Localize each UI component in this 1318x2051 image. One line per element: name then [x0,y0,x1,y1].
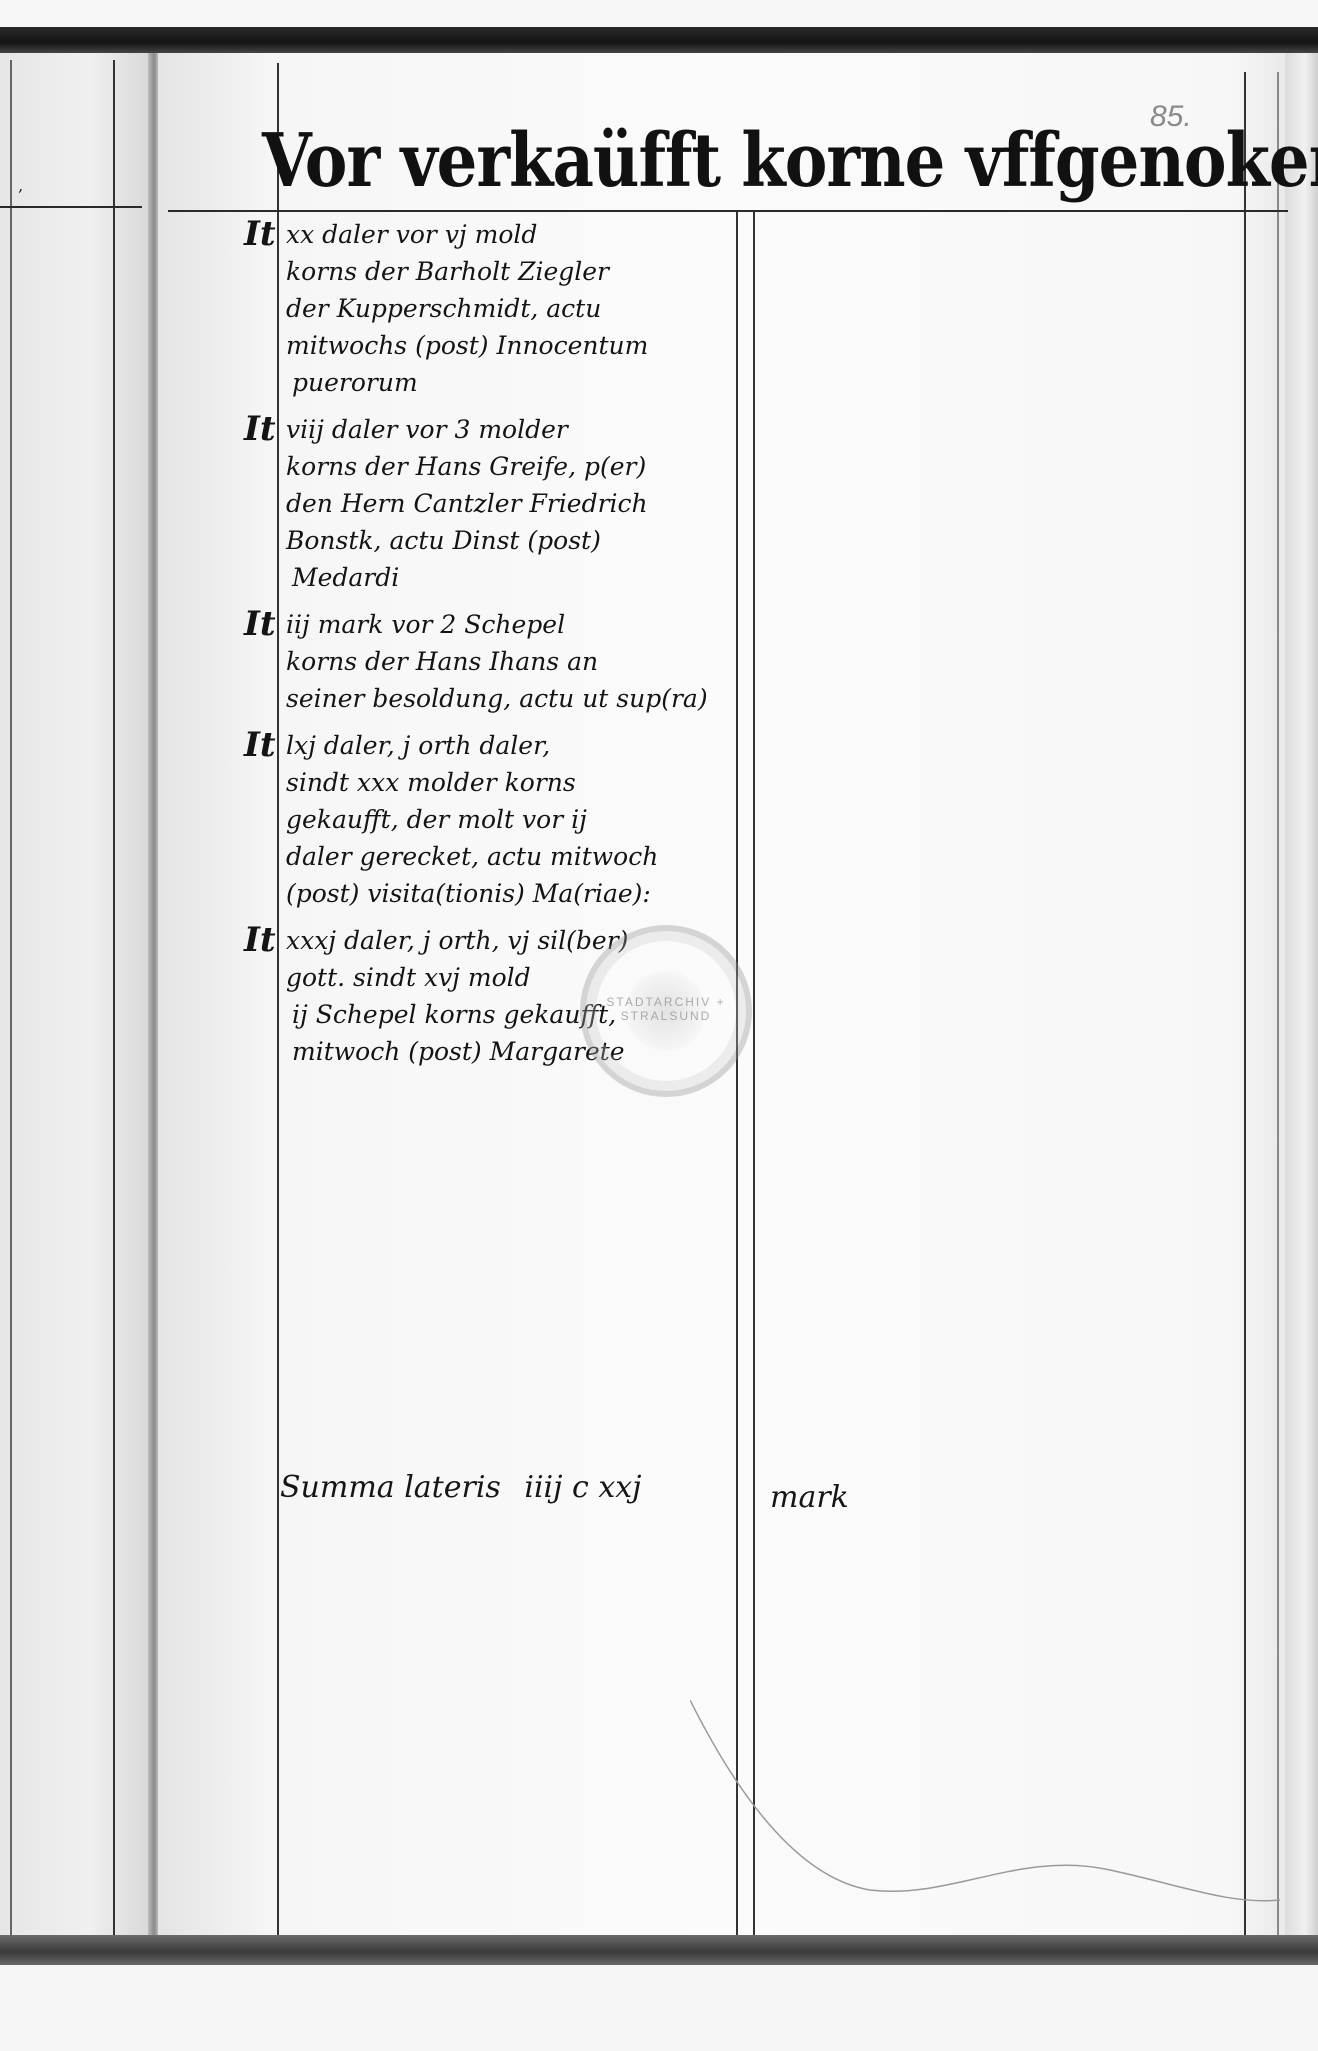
scan-top-margin [0,0,1318,30]
entry-lead: It [244,606,276,643]
entry-line: sindt xxx molder korns [258,764,738,801]
entry-line: iij mark vor 2 Schepel [258,606,738,643]
summary-unit: mark [770,1480,849,1515]
header-rule [168,210,1288,212]
scan-bottom-margin [0,1965,1318,2051]
entry-line: (post) visita(tionis) Ma(riae): [258,875,738,912]
entry-line: viij daler vor 3 molder [258,411,738,448]
entry-lead: It [244,922,276,959]
ledger-entry: It lxj daler, j orth daler, sindt xxx mo… [258,727,738,912]
left-page-mark: ‚ [18,176,23,195]
summary-label: Summa lateris [280,1470,501,1505]
entry-lead: It [244,411,276,448]
entry-line: korns der Hans Greife, p(er) [258,448,738,485]
entry-lead: It [244,216,276,253]
entry-line: korns der Hans Ihans an [258,643,738,680]
entry-line: xx daler vor vj mold [258,216,738,253]
pencil-stroke [690,1700,1290,1940]
summary-amount: iiij c xxj [524,1470,641,1505]
left-page-rule [113,60,115,1935]
entry-line: mitwochs (post) Innocentum [258,327,738,364]
entry-line: den Hern Cantzler Friedrich [258,485,738,522]
entry-line: korns der Barholt Ziegler [258,253,738,290]
entry-lead: It [244,727,276,764]
ledger-entry: It viij daler vor 3 molder korns der Han… [258,411,738,596]
outer-edge-rule [1277,72,1279,1935]
book-bottom-edge [0,1935,1318,1969]
seal-text: STADTARCHIV + STRALSUND [586,995,746,1023]
folio-number: 85. [1150,100,1192,134]
entry-line: seiner besoldung, actu ut sup(ra) [258,680,738,717]
left-page-edge-rule [10,60,12,1935]
left-page-header-rule [0,206,142,208]
entry-line: Medardi [258,559,738,596]
entry-line: der Kupperschmidt, actu [258,290,738,327]
entry-line: Bonstk, actu Dinst (post) [258,522,738,559]
ledger-entry: It iij mark vor 2 Schepel korns der Hans… [258,606,738,717]
right-margin-rule [1244,72,1246,1935]
book-top-edge [0,27,1318,53]
entry-line: puerorum [258,364,738,401]
page-summary: Summa lateris iiij c xxj mark [280,1470,641,1505]
entry-line: lxj daler, j orth daler, [258,727,738,764]
left-page [0,53,150,1935]
archive-seal-stamp: STADTARCHIV + STRALSUND [580,925,752,1097]
page-right-edge [1285,53,1318,1935]
column-rule-right [753,210,755,1935]
ledger-entry: It xx daler vor vj mold korns der Barhol… [258,216,738,401]
entry-line: daler gerecket, actu mitwoch [258,838,738,875]
entry-line: gekaufft, der molt vor ij [258,801,738,838]
